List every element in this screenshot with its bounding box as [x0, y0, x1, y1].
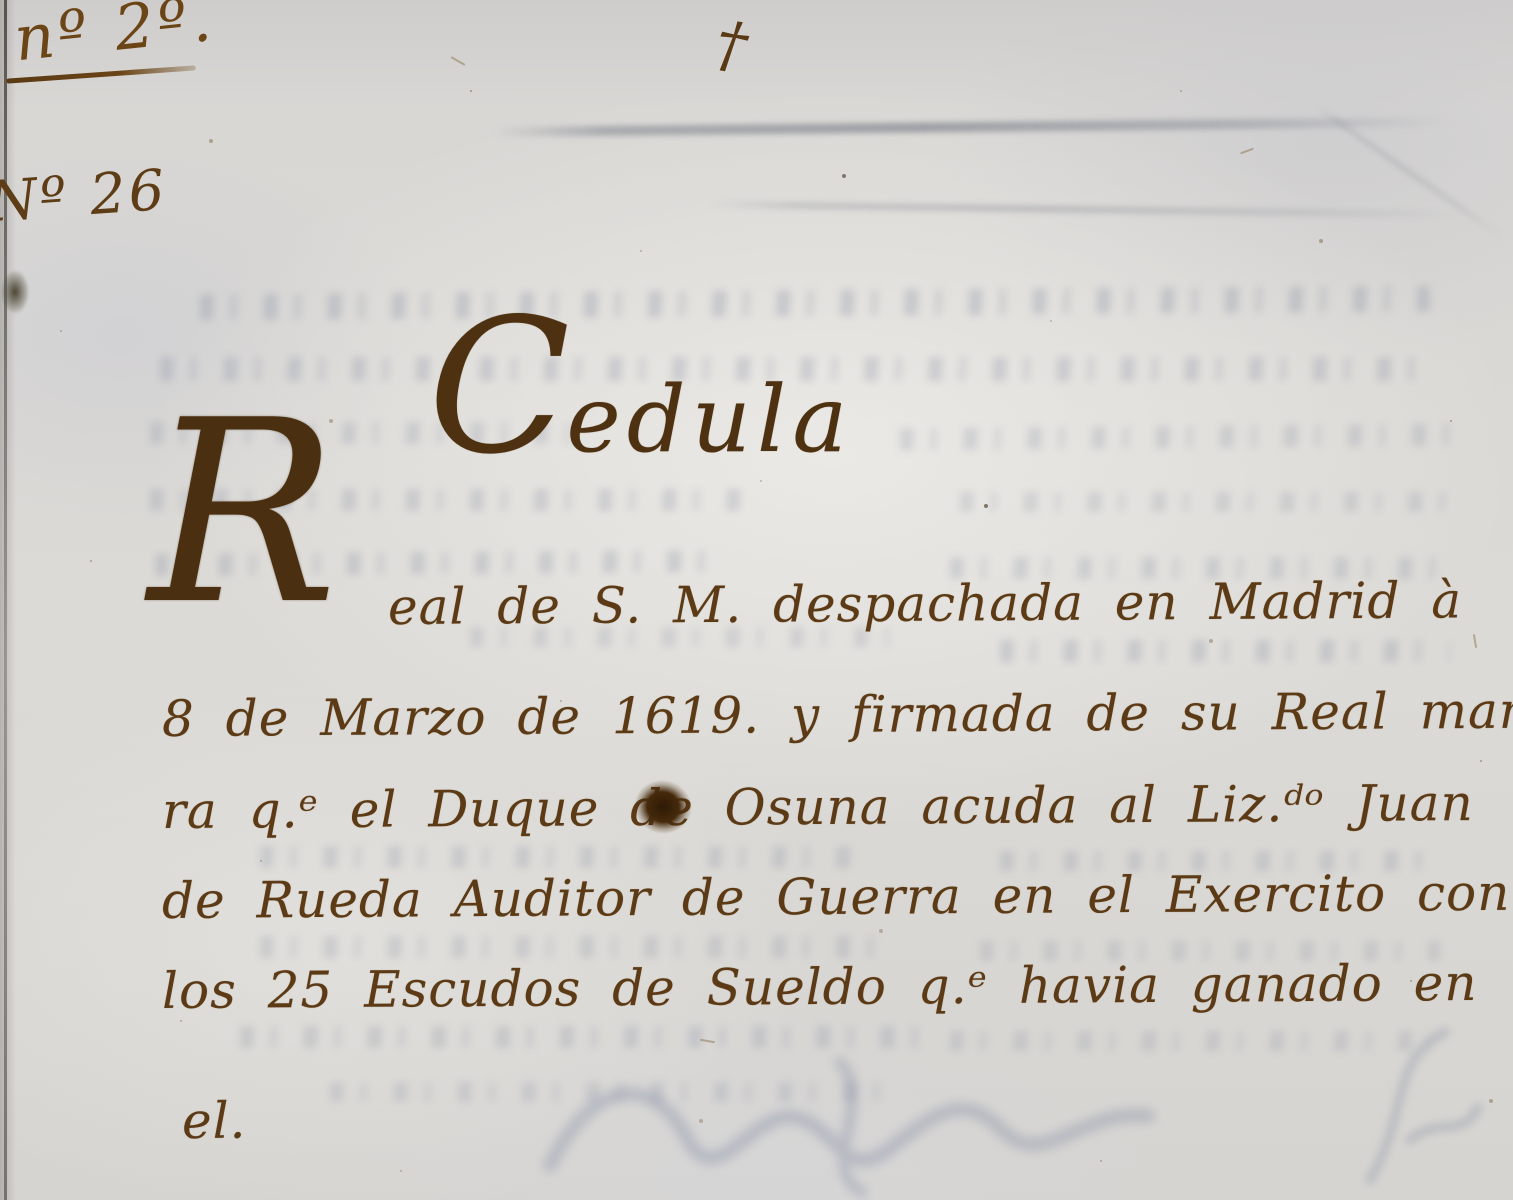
paper-fiber: [1473, 634, 1477, 648]
smudge-line: [705, 201, 1465, 219]
manuscript-page: nº 2º. Nº 26 † Cedula R eal de S. M. des…: [0, 0, 1513, 1200]
ink-bleed-ghost-mark: [1350, 1020, 1490, 1190]
invocation-cross-icon: †: [710, 6, 752, 83]
ink-bleed-ghost-line: [260, 936, 900, 958]
paper-fiber: [1240, 148, 1254, 155]
folio-number: Nº 26: [0, 158, 169, 235]
paper-specks: [0, 0, 2, 2]
ink-bleed-ghost-line: [900, 424, 1460, 451]
ink-bleed-ghost-line: [260, 846, 860, 868]
drop-cap-initial: R: [148, 388, 338, 640]
body-line: 8 de Marzo de 1619. y firmada de su Real…: [162, 681, 1513, 748]
ink-bleed-ghost-line: [1000, 640, 1450, 662]
smudge-line: [492, 117, 1450, 137]
ink-bleed-ghost-signature: [540, 1050, 1160, 1200]
paper-fiber: [451, 56, 466, 66]
ink-bleed-ghost-line: [240, 1026, 920, 1048]
body-line: ra q.ᵉ el Duque de Osuna acuda al Liz.ᵈᵒ…: [162, 774, 1474, 840]
folio-number-crossed: nº 2º.: [11, 0, 219, 75]
ink-bleed-ghost-line: [960, 492, 1460, 512]
body-line: el.: [182, 1092, 247, 1150]
body-line: los 25 Escudos de Sueldo q.ᵉ havia ganad…: [162, 954, 1478, 1020]
edge-ink-blob: [1, 270, 29, 314]
document-title: Cedula: [428, 278, 853, 495]
body-line: de Rueda Auditor de Guerra en el Exercit…: [162, 864, 1511, 930]
body-line: eal de S. M. despachada en Madrid à: [388, 571, 1462, 636]
